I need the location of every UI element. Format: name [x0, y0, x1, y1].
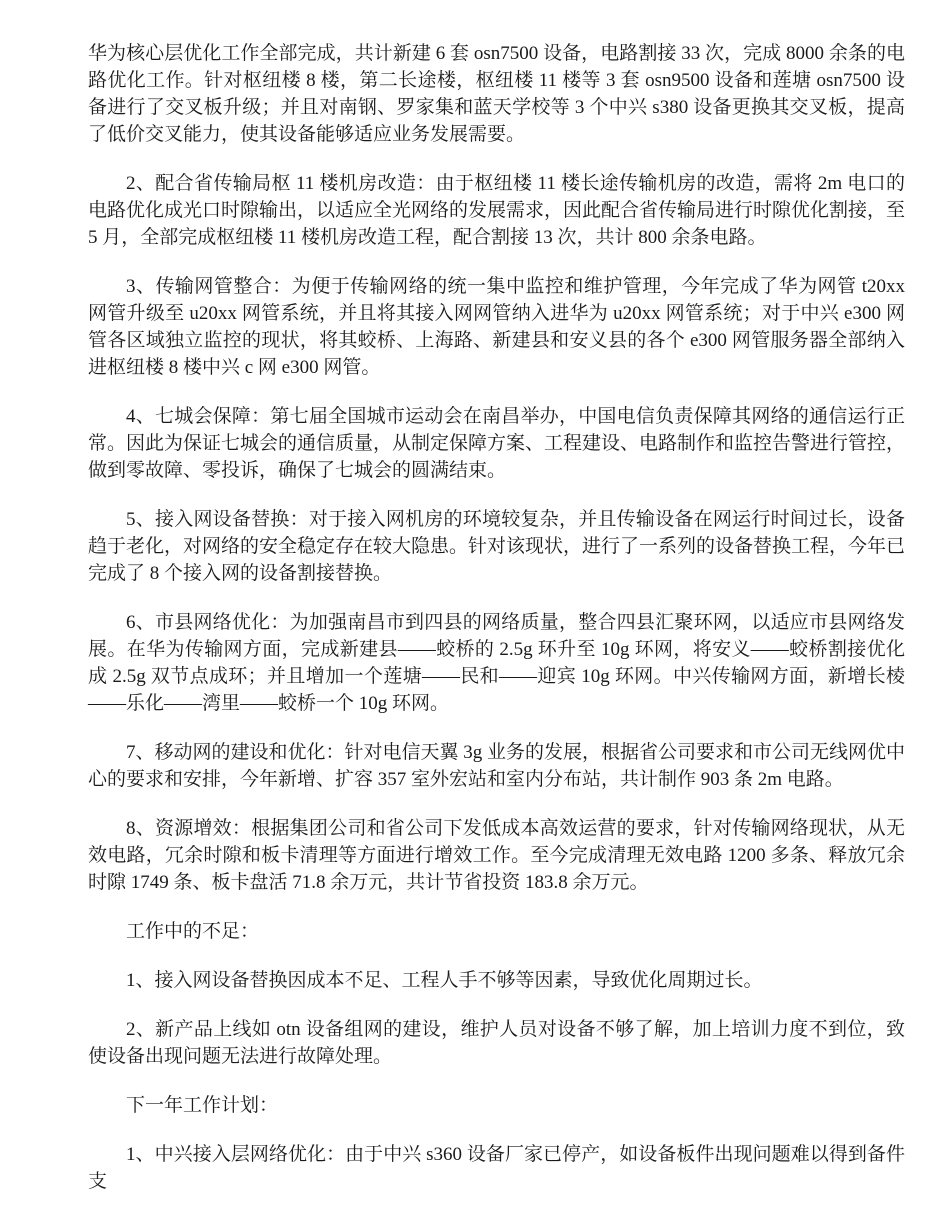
heading-next-year-plan: 下一年工作计划：: [88, 1092, 905, 1119]
paragraph-shortcoming-1: 1、接入网设备替换因成本不足、工程人手不够等因素，导致优化周期过长。: [88, 967, 905, 994]
paragraph-item-2-room-renovation: 2、配合省传输局枢 11 楼机房改造：由于枢纽楼 11 楼长途传输机房的改造，需…: [88, 170, 905, 251]
document-body: 华为核心层优化工作全部完成，共计新建 6 套 osn7500 设备，电路割接 3…: [88, 40, 905, 1195]
paragraph-item-6-county-network: 6、市县网络优化：为加强南昌市到四县的网络质量，整合四县汇聚环网，以适应市县网络…: [88, 609, 905, 717]
paragraph-item-7-mobile-network: 7、移动网的建设和优化：针对电信天翼 3g 业务的发展，根据省公司要求和市公司无…: [88, 739, 905, 793]
paragraph-item-4-games-support: 4、七城会保障：第七届全国城市运动会在南昌举办，中国电信负责保障其网络的通信运行…: [88, 403, 905, 484]
paragraph-item-5-access-replacement: 5、接入网设备替换：对于接入网机房的环境较复杂，并且传输设备在网运行时间过长，设…: [88, 506, 905, 587]
paragraph-item-8-resource-efficiency: 8、资源增效：根据集团公司和省公司下发低成本高效运营的要求，针对传输网络现状，从…: [88, 815, 905, 896]
paragraph-item-3-nms-integration: 3、传输网管整合：为便于传输网络的统一集中监控和维护管理，今年完成了华为网管 t…: [88, 273, 905, 381]
document-page: 华为核心层优化工作全部完成，共计新建 6 套 osn7500 设备，电路割接 3…: [0, 0, 950, 1230]
paragraph-huawei-core-optimization: 华为核心层优化工作全部完成，共计新建 6 套 osn7500 设备，电路割接 3…: [88, 40, 905, 148]
paragraph-plan-1: 1、中兴接入层网络优化：由于中兴 s360 设备厂家已停产，如设备板件出现问题难…: [88, 1141, 905, 1195]
paragraph-shortcoming-2: 2、新产品上线如 otn 设备组网的建设，维护人员对设备不够了解，加上培训力度不…: [88, 1016, 905, 1070]
heading-shortcomings: 工作中的不足：: [88, 918, 905, 945]
